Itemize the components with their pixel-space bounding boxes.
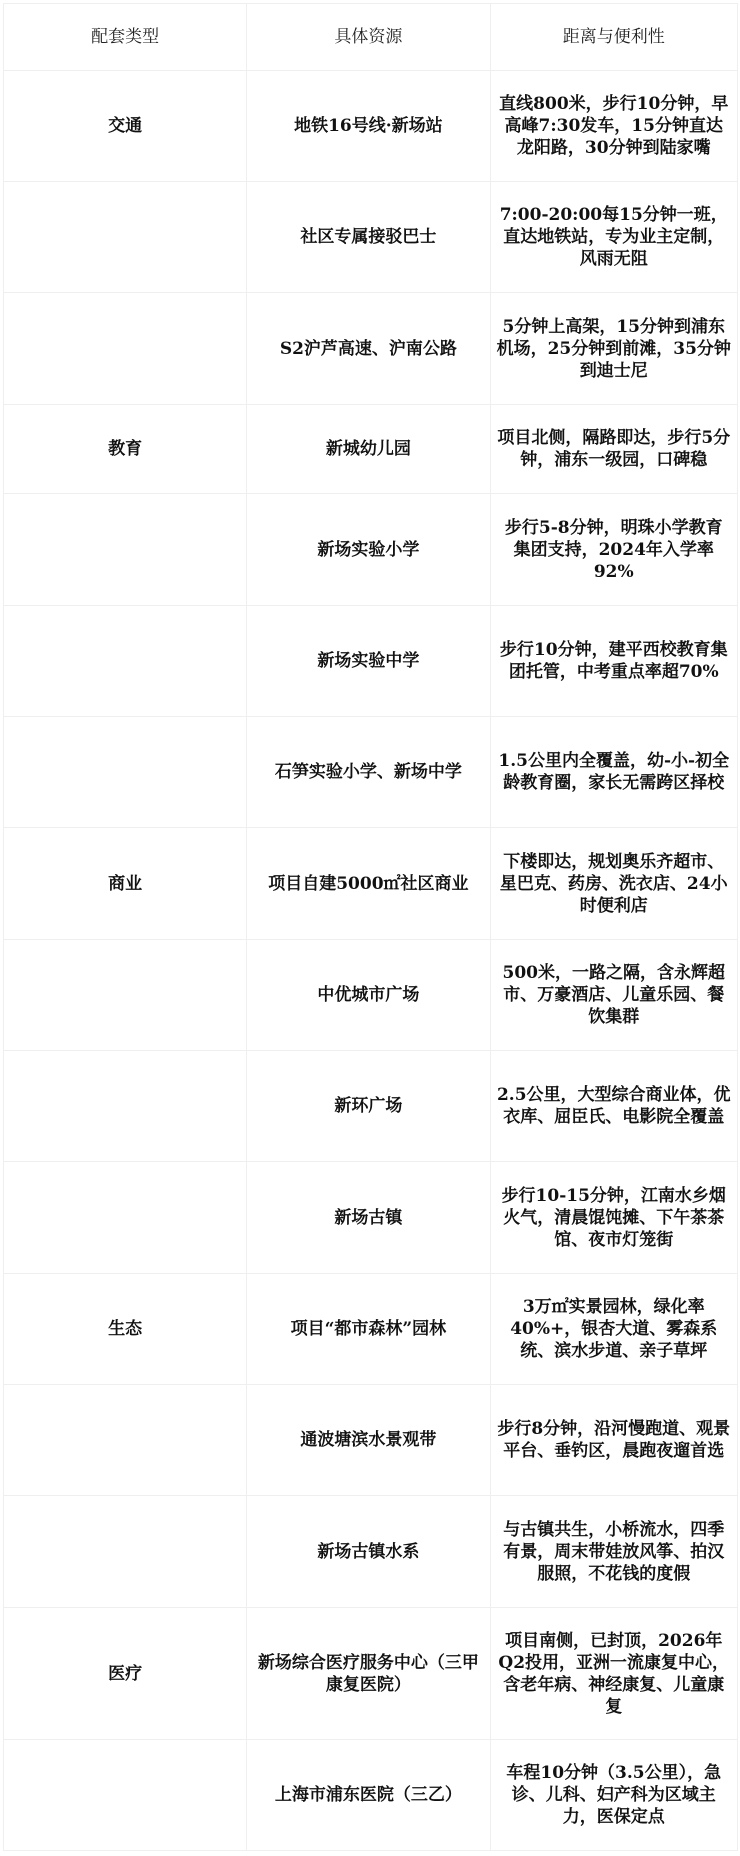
table-row: 新环广场2.5公里，大型综合商业体，优衣库、屈臣氏、电影院全覆盖 [4,1051,738,1162]
distance-cell: 步行10-15分钟，江南水乡烟火气，清晨馄饨摊、下午茶茶馆、夜市灯笼街 [490,1162,738,1274]
resource-cell: 通波塘滨水景观带 [247,1385,490,1496]
table-row: 新场实验小学步行5-8分钟，明珠小学教育集团支持，2024年入学率92% [4,494,738,606]
resource-cell: 社区专属接驳巴士 [247,182,490,293]
distance-cell: 直线800米，步行10分钟，早高峰7:30发车，15分钟直达龙阳路，30分钟到陆… [490,71,738,182]
resource-cell: 上海市浦东医院（三乙） [247,1740,490,1851]
category-cell [4,182,247,293]
distance-cell: 车程10分钟（3.5公里），急诊、儿科、妇产科为区域主力，医保定点 [490,1740,738,1851]
resource-cell: 新场古镇 [247,1162,490,1274]
resource-cell: 中优城市广场 [247,940,490,1051]
category-cell: 商业 [4,828,247,940]
table-row: 生态项目“都市森林”园林3万㎡实景园林，绿化率40%+，银杏大道、雾森系统、滨水… [4,1274,738,1385]
table-row: 医疗新场综合医疗服务中心（三甲康复医院）项目南侧，已封顶，2026年Q2投用，亚… [4,1608,738,1740]
resource-cell: 新环广场 [247,1051,490,1162]
distance-cell: 7:00-20:00每15分钟一班，直达地铁站，专为业主定制，风雨无阻 [490,182,738,293]
resource-cell: 新城幼儿园 [247,405,490,494]
table-row: 新场古镇水系与古镇共生，小桥流水，四季有景，周末带娃放风筝、拍汉服照，不花钱的度… [4,1496,738,1608]
distance-cell: 3万㎡实景园林，绿化率40%+，银杏大道、雾森系统、滨水步道、亲子草坪 [490,1274,738,1385]
resource-cell: 地铁16号线·新场站 [247,71,490,182]
distance-cell: 500米，一路之隔，含永辉超市、万豪酒店、儿童乐园、餐饮集群 [490,940,738,1051]
distance-cell: 2.5公里，大型综合商业体，优衣库、屈臣氏、电影院全覆盖 [490,1051,738,1162]
category-cell [4,1496,247,1608]
distance-cell: 5分钟上高架，15分钟到浦东机场，25分钟到前滩，35分钟到迪士尼 [490,293,738,405]
category-cell [4,494,247,606]
table-row: 社区专属接驳巴士7:00-20:00每15分钟一班，直达地铁站，专为业主定制，风… [4,182,738,293]
header-distance: 距离与便利性 [490,4,738,71]
resource-cell: 项目自建5000㎡社区商业 [247,828,490,940]
distance-cell: 步行10分钟，建平西校教育集团托管，中考重点率超70% [490,606,738,717]
category-cell [4,1162,247,1274]
category-cell [4,293,247,405]
table-row: 上海市浦东医院（三乙）车程10分钟（3.5公里），急诊、儿科、妇产科为区域主力，… [4,1740,738,1851]
category-cell [4,1740,247,1851]
table-row: 商业项目自建5000㎡社区商业下楼即达，规划奥乐齐超市、星巴克、药房、洗衣店、2… [4,828,738,940]
category-cell [4,606,247,717]
distance-cell: 项目南侧，已封顶，2026年Q2投用，亚洲一流康复中心，含老年病、神经康复、儿童… [490,1608,738,1740]
table-row: 石笋实验小学、新场中学1.5公里内全覆盖，幼-小-初全龄教育圈，家长无需跨区择校 [4,717,738,828]
distance-cell: 步行5-8分钟，明珠小学教育集团支持，2024年入学率92% [490,494,738,606]
category-cell: 教育 [4,405,247,494]
table-row: 通波塘滨水景观带步行8分钟，沿河慢跑道、观景平台、垂钓区，晨跑夜遛首选 [4,1385,738,1496]
table-row: 教育新城幼儿园项目北侧，隔路即达，步行5分钟，浦东一级园，口碑稳 [4,405,738,494]
category-cell: 交通 [4,71,247,182]
header-resource: 具体资源 [247,4,490,71]
category-cell [4,1051,247,1162]
table-header-row: 配套类型 具体资源 距离与便利性 [4,4,738,71]
resource-cell: 新场综合医疗服务中心（三甲康复医院） [247,1608,490,1740]
distance-cell: 1.5公里内全覆盖，幼-小-初全龄教育圈，家长无需跨区择校 [490,717,738,828]
header-category: 配套类型 [4,4,247,71]
category-cell [4,717,247,828]
category-cell: 生态 [4,1274,247,1385]
distance-cell: 下楼即达，规划奥乐齐超市、星巴克、药房、洗衣店、24小时便利店 [490,828,738,940]
resource-cell: 新场古镇水系 [247,1496,490,1608]
resource-cell: 新场实验小学 [247,494,490,606]
category-cell [4,940,247,1051]
resource-cell: 石笋实验小学、新场中学 [247,717,490,828]
distance-cell: 步行8分钟，沿河慢跑道、观景平台、垂钓区，晨跑夜遛首选 [490,1385,738,1496]
resource-cell: 新场实验中学 [247,606,490,717]
distance-cell: 与古镇共生，小桥流水，四季有景，周末带娃放风筝、拍汉服照，不花钱的度假 [490,1496,738,1608]
distance-cell: 项目北侧，隔路即达，步行5分钟，浦东一级园，口碑稳 [490,405,738,494]
table-row: S2沪芦高速、沪南公路5分钟上高架，15分钟到浦东机场，25分钟到前滩，35分钟… [4,293,738,405]
table-body: 交通地铁16号线·新场站直线800米，步行10分钟，早高峰7:30发车，15分钟… [4,71,738,1851]
table-row: 新场实验中学步行10分钟，建平西校教育集团托管，中考重点率超70% [4,606,738,717]
resource-cell: S2沪芦高速、沪南公路 [247,293,490,405]
table-row: 中优城市广场500米，一路之隔，含永辉超市、万豪酒店、儿童乐园、餐饮集群 [4,940,738,1051]
table-row: 新场古镇步行10-15分钟，江南水乡烟火气，清晨馄饨摊、下午茶茶馆、夜市灯笼街 [4,1162,738,1274]
table-row: 交通地铁16号线·新场站直线800米，步行10分钟，早高峰7:30发车，15分钟… [4,71,738,182]
amenities-table: 配套类型 具体资源 距离与便利性 交通地铁16号线·新场站直线800米，步行10… [3,3,738,1851]
category-cell: 医疗 [4,1608,247,1740]
resource-cell: 项目“都市森林”园林 [247,1274,490,1385]
category-cell [4,1385,247,1496]
